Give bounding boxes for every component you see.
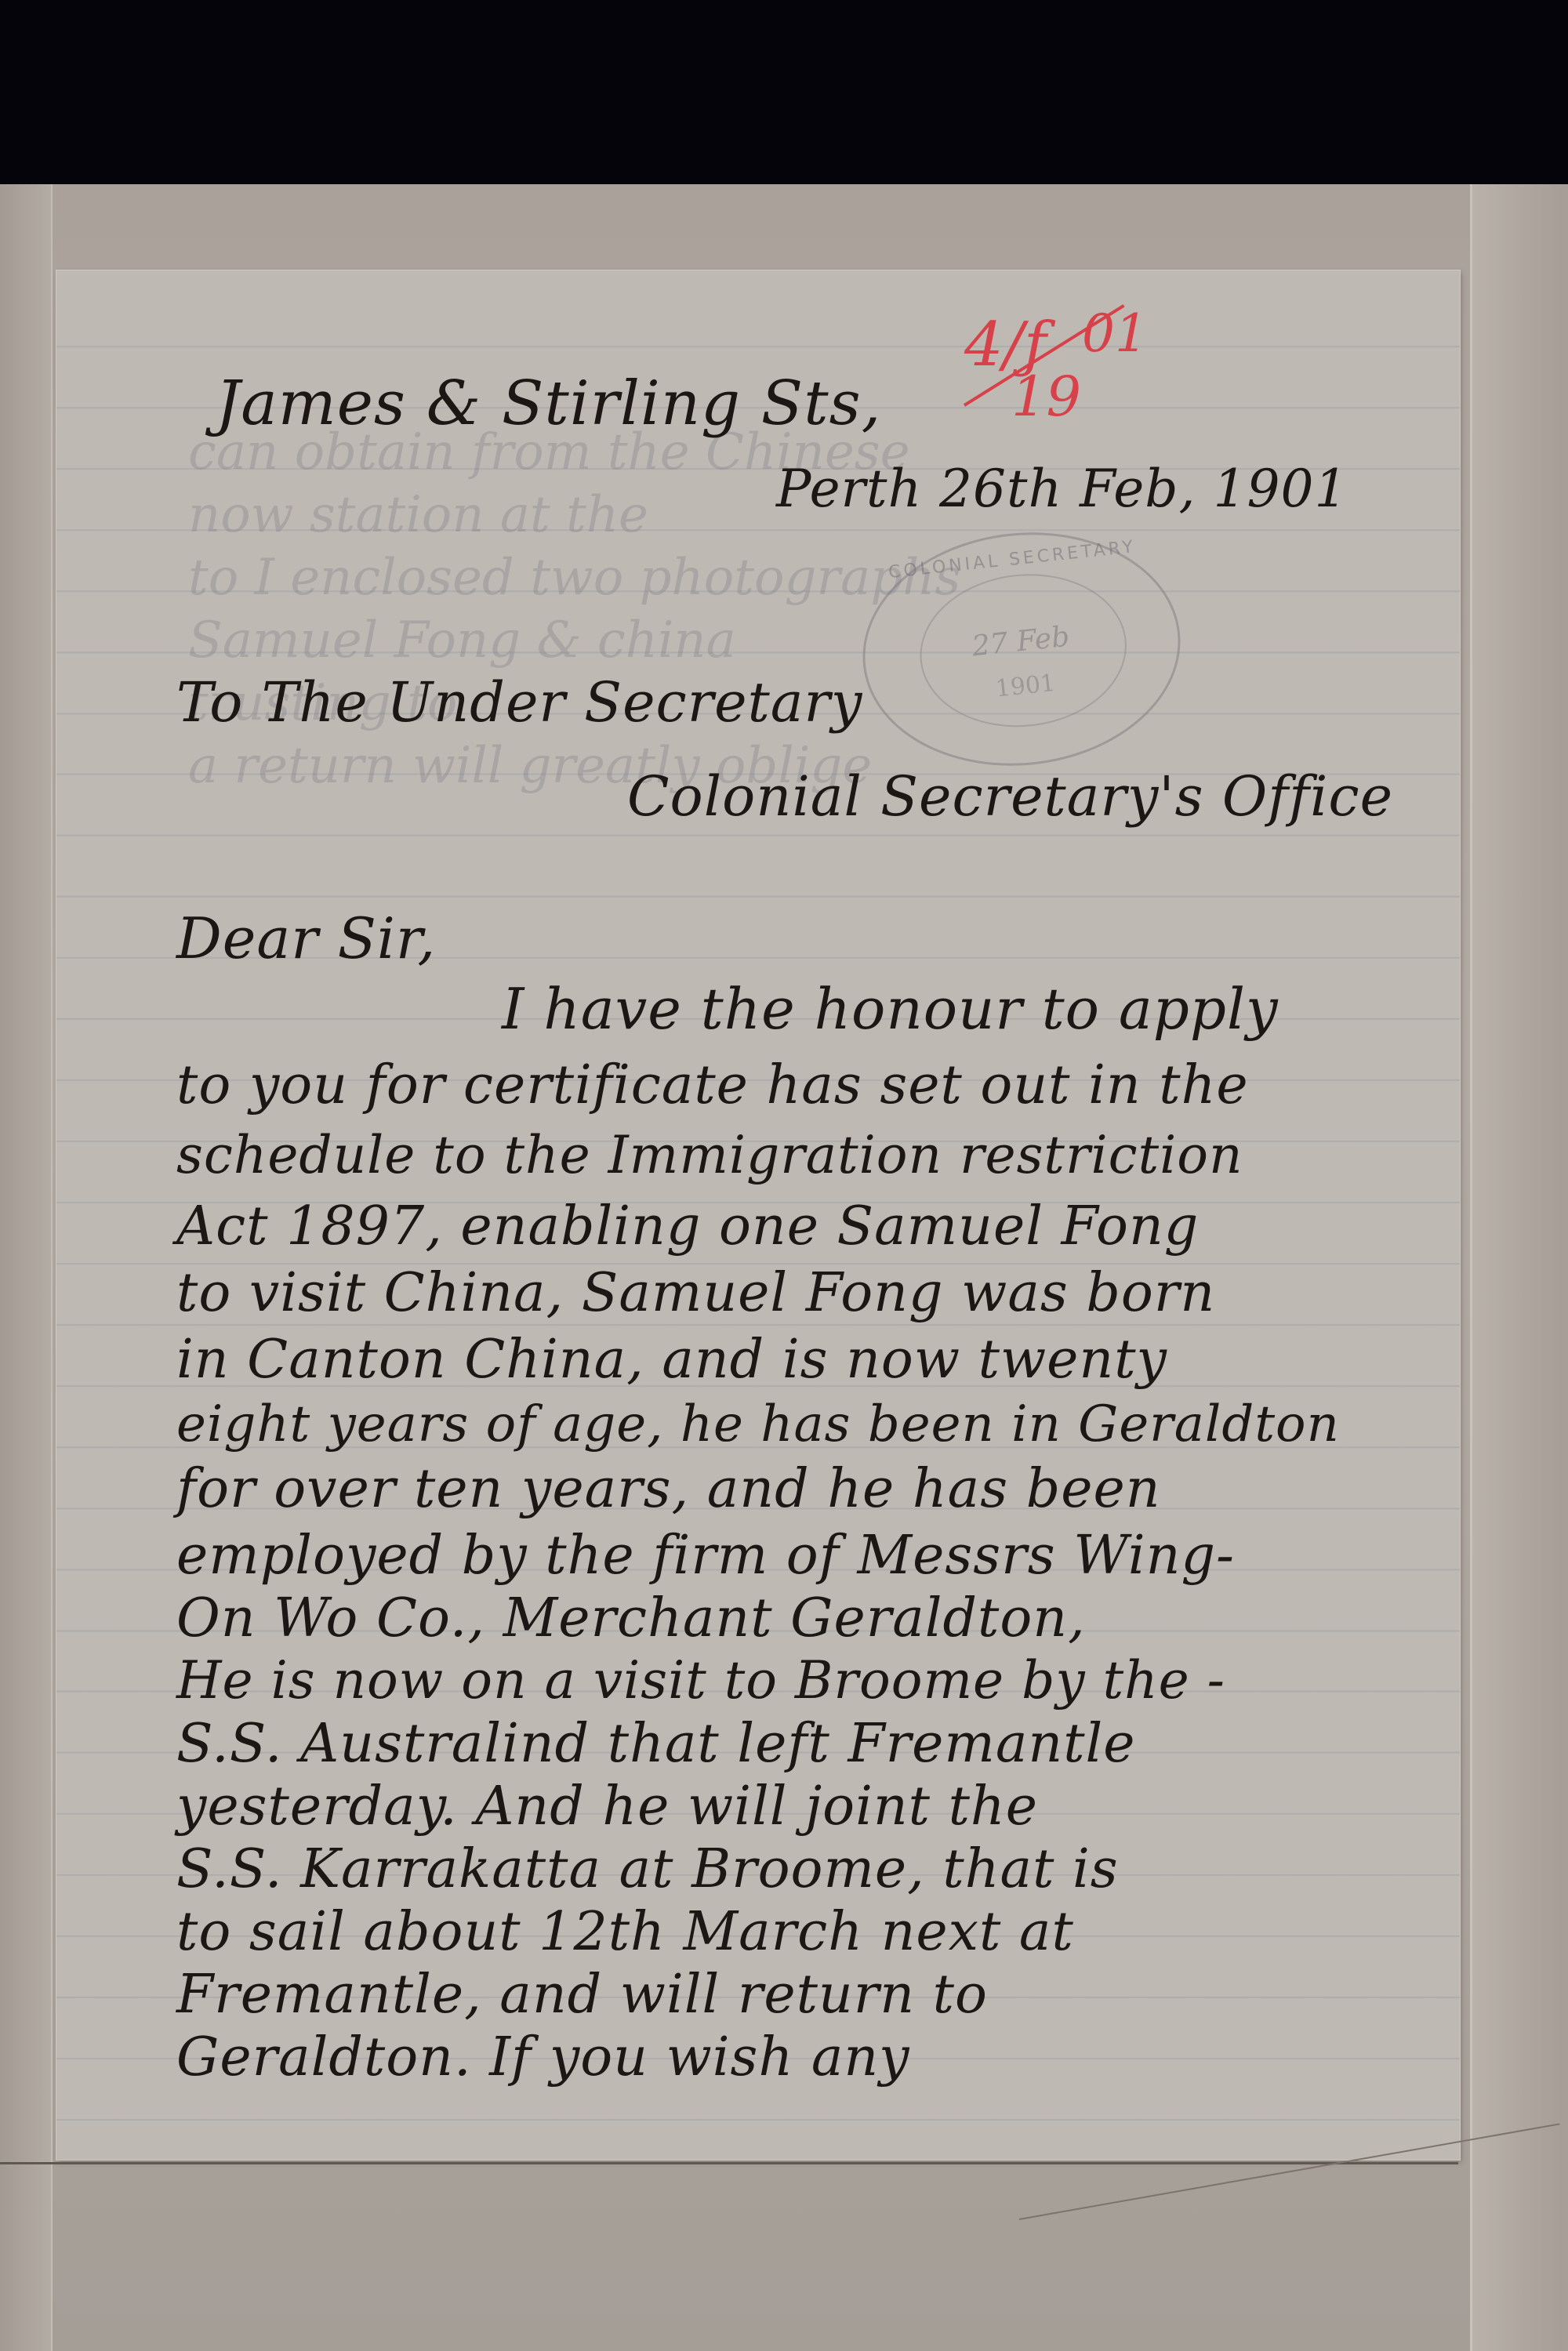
letter-date: Perth 26th Feb, 1901 [776,459,1348,519]
body-line: to sail about 12th March next at [176,1901,1074,1963]
recipient-name: To The Under Secretary [176,670,862,735]
body-line: in Canton China, and is now twenty [176,1329,1167,1391]
body-line: S.S. Australind that left Fremantle [176,1713,1136,1775]
bleed-through-line: to I enclosed two photographs [188,549,960,607]
body-line: for over ten years, and he has been [176,1458,1161,1520]
body-line: S.S. Karrakatta at Broome, that is [176,1838,1119,1900]
recipient-office: Colonial Secretary's Office [627,764,1393,829]
body-line: Act 1897, enabling one Samuel Fong [176,1195,1199,1257]
folder-right-edge [1470,184,1568,2351]
reference-suffix: 01 [1082,303,1148,364]
body-line: He is now on a visit to Broome by the - [176,1650,1225,1711]
reference-denominator: 19 [1011,365,1081,429]
body-line: Fremantle, and will return to [176,1964,988,2026]
body-line: to visit China, Samuel Fong was born [176,1262,1215,1324]
bleed-through-line: Samuel Fong & china [188,611,736,669]
body-line: Geraldton. If you wish any [176,2026,910,2088]
sender-address: James & Stirling Sts, [216,368,881,439]
salutation: Dear Sir, [176,905,436,971]
sheet-bottom-edge [0,2162,1458,2164]
body-line: On Wo Co., Merchant Geraldton, [176,1587,1086,1649]
body-line: I have the honour to apply [502,976,1279,1042]
body-line: yesterday. And he will joint the [176,1776,1038,1838]
body-line: to you for certificate has set out in th… [176,1054,1249,1116]
dark-background-band [0,0,1568,184]
body-line: eight years of age, he has been in Geral… [176,1395,1340,1453]
bleed-through-line: now station at the [188,486,648,544]
body-line: employed by the firm of Messrs Wing- [176,1525,1235,1587]
body-line: schedule to the Immigration restriction [176,1125,1243,1185]
folder-left-edge [0,184,53,2351]
